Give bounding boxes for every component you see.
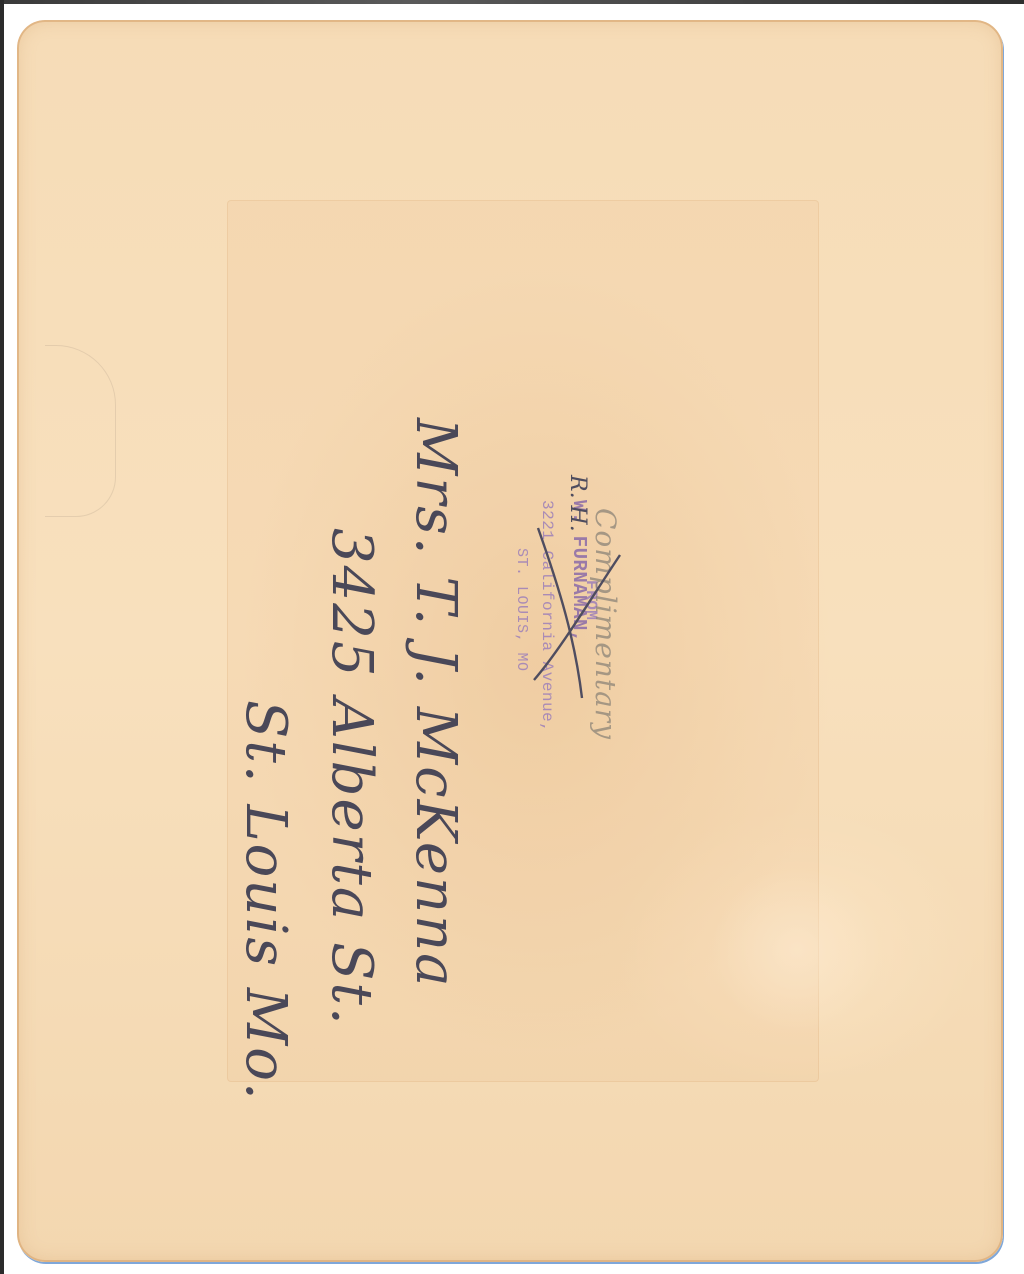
strike-through-x-icon xyxy=(520,500,630,710)
address-line-name: Mrs. T. J. McKenna xyxy=(403,418,468,989)
faint-pencil-mark xyxy=(45,345,116,517)
address-line-city: St. Louis Mo. xyxy=(233,700,298,1102)
scanner-edge-left xyxy=(0,0,4,1274)
paper-stain xyxy=(707,870,887,1030)
address-line-street: 3425 Alberta St. xyxy=(319,528,384,1027)
scanner-edge-top xyxy=(0,0,1024,4)
mount-card xyxy=(17,20,1003,1262)
